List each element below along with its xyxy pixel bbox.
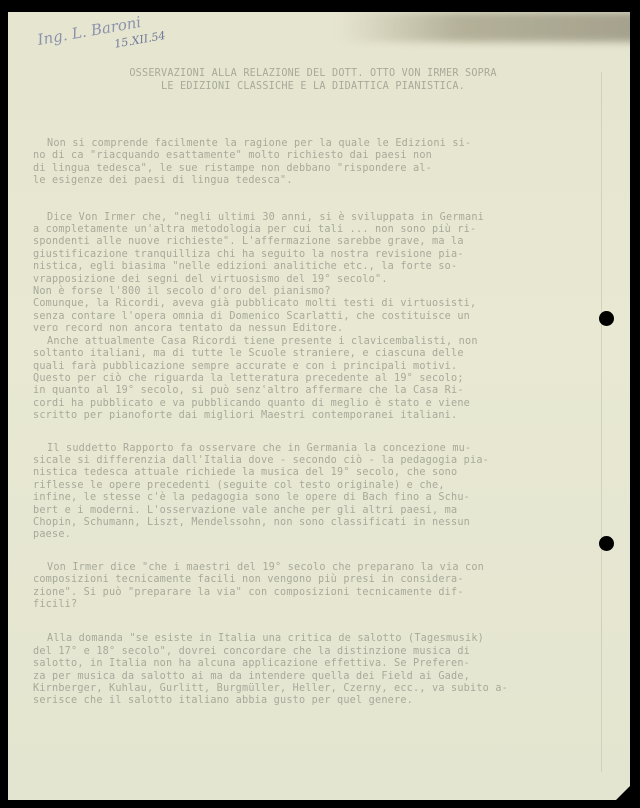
paragraph: Non si comprende facilmente la ragione p… bbox=[33, 138, 593, 188]
paragraph-line: Il suddetto Rapporto fa osservare che in… bbox=[33, 443, 593, 455]
paragraph-line: del 17° e 18° secolo", dovrei concordare… bbox=[33, 646, 593, 658]
paragraph-line: Comunque, la Ricordi, aveva già pubblica… bbox=[33, 298, 593, 310]
paragraph-line: di lingua tedesca", le sue ristampe non … bbox=[33, 163, 593, 175]
document-heading: OSSERVAZIONI ALLA RELAZIONE DEL DOTT. OT… bbox=[33, 67, 593, 93]
paragraph-line: Non si comprende facilmente la ragione p… bbox=[33, 138, 593, 150]
paragraph-line: paese. bbox=[33, 529, 593, 541]
paragraph-line: Kirnberger, Kuhlau, Gurlitt, Burgmüller,… bbox=[33, 683, 593, 695]
paragraph-line: nistica, egli biasima "nelle edizioni an… bbox=[33, 261, 593, 273]
paragraph-line: ficili? bbox=[33, 599, 593, 611]
paragraph-line: Chopin, Schumann, Liszt, Mendelssohn, no… bbox=[33, 517, 593, 529]
paragraph: Von Irmer dice "che i maestri del 19° se… bbox=[33, 562, 593, 612]
paragraph-line: quali farà pubblicazione sempre accurate… bbox=[33, 361, 593, 373]
paragraph-line: senza contare l'opera omnia di Domenico … bbox=[33, 311, 593, 323]
paragraph-line: scritto per pianoforte dai migliori Maes… bbox=[33, 410, 593, 422]
paragraph-line: Dice Von Irmer che, "negli ultimi 30 ann… bbox=[33, 212, 593, 224]
paragraph-line: Questo per ciò che riguarda la letteratu… bbox=[33, 373, 593, 385]
paragraph-line: zione". Si può "preparare la via" con co… bbox=[33, 587, 593, 599]
paragraph-line: infine, le stesse c'è la pedagogia sono … bbox=[33, 492, 593, 504]
paragraph-line: Anche attualmente Casa Ricordi tiene pre… bbox=[33, 336, 593, 348]
paragraph-line: soltanto italiani, ma di tutte le Scuole… bbox=[33, 348, 593, 360]
heading-line: LE EDIZIONI CLASSICHE E LA DIDATTICA PIA… bbox=[33, 80, 593, 93]
paragraph-line: serisce che il salotto italiano abbia gu… bbox=[33, 695, 593, 707]
paragraph: Dice Von Irmer che, "negli ultimi 30 ann… bbox=[33, 212, 593, 336]
punch-hole-icon bbox=[599, 536, 614, 551]
paragraph-line: no di ca "riacquando esattamente" molto … bbox=[33, 150, 593, 162]
paragraph-line: sicale si differenzia dall'Italia dove -… bbox=[33, 455, 593, 467]
margin-bleed-through bbox=[601, 72, 616, 772]
paragraph: Il suddetto Rapporto fa osservare che in… bbox=[33, 443, 593, 542]
paragraph-line: Von Irmer dice "che i maestri del 19° se… bbox=[33, 562, 593, 574]
paragraph-line: nistica tedesca attuale richiede la musi… bbox=[33, 467, 593, 479]
document-page: Ing. L. Baroni 15.XII.54 OSSERVAZIONI AL… bbox=[8, 12, 630, 800]
punch-hole-icon bbox=[599, 311, 614, 326]
paragraph-line: in quanto al 19° secolo, si può senz'alt… bbox=[33, 385, 593, 397]
paragraph-line: Non è forse l'800 il secolo d'oro del pi… bbox=[33, 286, 593, 298]
paragraph-line: composizioni tecnicamente facili non ven… bbox=[33, 574, 593, 586]
paragraph-line: vrapposizione dei segni del virtuosismo … bbox=[33, 274, 593, 286]
paragraph: Anche attualmente Casa Ricordi tiene pre… bbox=[33, 336, 593, 423]
paragraph-line: salotto, in Italia non ha alcuna applica… bbox=[33, 658, 593, 670]
paragraph-line: riflesse le opere precedenti (seguite co… bbox=[33, 480, 593, 492]
heading-line: OSSERVAZIONI ALLA RELAZIONE DEL DOTT. OT… bbox=[33, 67, 593, 80]
paragraph-line: le esigenze dei paesi di lingua tedesca"… bbox=[33, 175, 593, 187]
handwritten-annotation: Ing. L. Baroni 15.XII.54 bbox=[36, 12, 166, 64]
paragraph: Alla domanda "se esiste in Italia una cr… bbox=[33, 633, 593, 707]
paragraph-line: za per musica da salotto ai ma da intend… bbox=[33, 671, 593, 683]
paragraph-line: giustificazione tranquilliza chi ha segu… bbox=[33, 249, 593, 261]
paragraph-line: cordi ha pubblicato e va pubblicando qua… bbox=[33, 398, 593, 410]
paragraph-line: Alla domanda "se esiste in Italia una cr… bbox=[33, 633, 593, 645]
paragraph-list: Non si comprende facilmente la ragione p… bbox=[33, 138, 593, 708]
paragraph-line: spondenti alle nuove richieste". L'affer… bbox=[33, 236, 593, 248]
paragraph-line: vero record non ancora tentato da nessun… bbox=[33, 323, 593, 335]
typed-document-body: OSSERVAZIONI ALLA RELAZIONE DEL DOTT. OT… bbox=[33, 67, 593, 708]
paragraph-line: bert e i moderni. L'osservazione vale an… bbox=[33, 505, 593, 517]
paragraph-line: a completamente un'altra metodologia per… bbox=[33, 224, 593, 236]
